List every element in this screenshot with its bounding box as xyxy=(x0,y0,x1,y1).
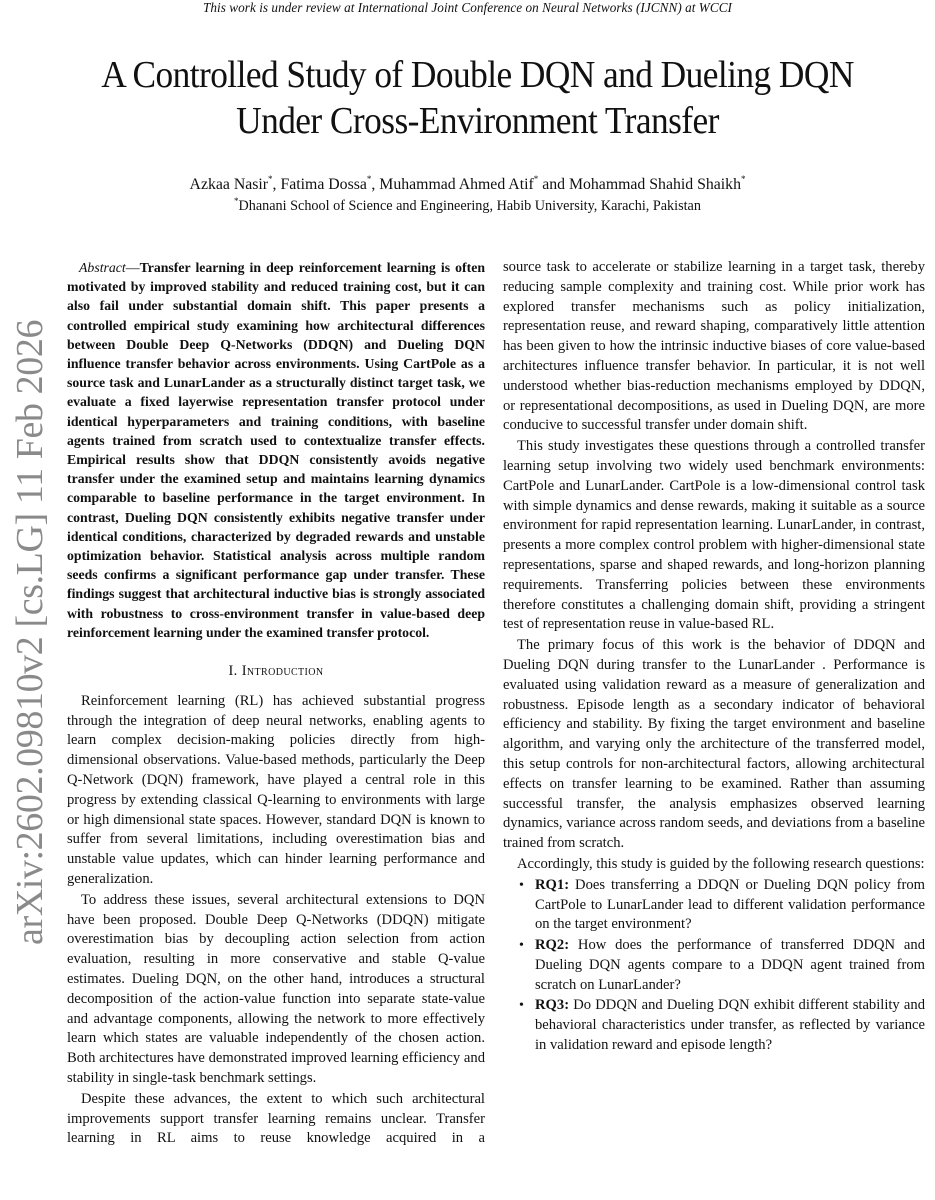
right-column: source task to accelerate or stabilize l… xyxy=(503,258,925,1057)
arxiv-identifier-stamp: arXiv:2602.09810v2 [cs.LG] 11 Feb 2026 xyxy=(6,325,54,945)
research-questions-list: RQ1: Does transferring a DDQN or Dueling… xyxy=(503,876,925,1056)
author-list: Azkaa Nasir*, Fatima Dossa*, Muhammad Ah… xyxy=(0,175,935,195)
rq-text: How does the performance of transferred … xyxy=(535,937,925,993)
intro-paragraph: Despite these advances, the extent to wh… xyxy=(67,1090,485,1149)
rq-text: Does transferring a DDQN or Dueling DQN … xyxy=(535,877,925,933)
section-heading-introduction: I. Introduction xyxy=(67,662,485,682)
abstract-dash: — xyxy=(126,260,140,275)
left-column: Abstract—Transfer learning in deep reinf… xyxy=(67,258,485,1150)
author-name: Azkaa Nasir xyxy=(190,176,269,193)
section-number: I. xyxy=(228,663,237,679)
research-question: RQ3: Do DDQN and Dueling DQN exhibit dif… xyxy=(535,996,925,1055)
intro-paragraph: The primary focus of this work is the be… xyxy=(503,636,925,854)
intro-paragraph: Accordingly, this study is guided by the… xyxy=(503,855,925,875)
review-notice: This work is under review at Internation… xyxy=(0,0,935,16)
affiliation-text: Dhanani School of Science and Engineerin… xyxy=(239,198,701,214)
intro-paragraph: This study investigates these questions … xyxy=(503,437,925,635)
intro-paragraph: Reinforcement learning (RL) has achieved… xyxy=(67,692,485,890)
rq-id: RQ3: xyxy=(535,997,569,1013)
abstract-label: Abstract xyxy=(79,260,126,275)
paper-title: A Controlled Study of Double DQN and Due… xyxy=(71,52,885,144)
abstract: Abstract—Transfer learning in deep reinf… xyxy=(67,258,485,642)
author-name: Muhammad Ahmed Atif xyxy=(379,176,533,193)
research-question: RQ2: How does the performance of transfe… xyxy=(535,936,925,995)
author-name: Mohammad Shahid Shaikh xyxy=(569,176,741,193)
rq-id: RQ1: xyxy=(535,877,569,893)
intro-paragraph: To address these issues, several archite… xyxy=(67,891,485,1089)
rq-text: Do DDQN and Dueling DQN exhibit differen… xyxy=(535,997,925,1053)
research-question: RQ1: Does transferring a DDQN or Dueling… xyxy=(535,876,925,935)
section-title: Introduction xyxy=(242,663,324,679)
rq-id: RQ2: xyxy=(535,937,569,953)
author-separator: and xyxy=(538,176,569,193)
intro-paragraph-continued: source task to accelerate or stabilize l… xyxy=(503,258,925,436)
author-name: Fatima Dossa xyxy=(280,176,366,193)
affiliation: *Dhanani School of Science and Engineeri… xyxy=(0,197,935,216)
abstract-text: Transfer learning in deep reinforcement … xyxy=(67,260,485,640)
author-mark: * xyxy=(741,174,746,184)
